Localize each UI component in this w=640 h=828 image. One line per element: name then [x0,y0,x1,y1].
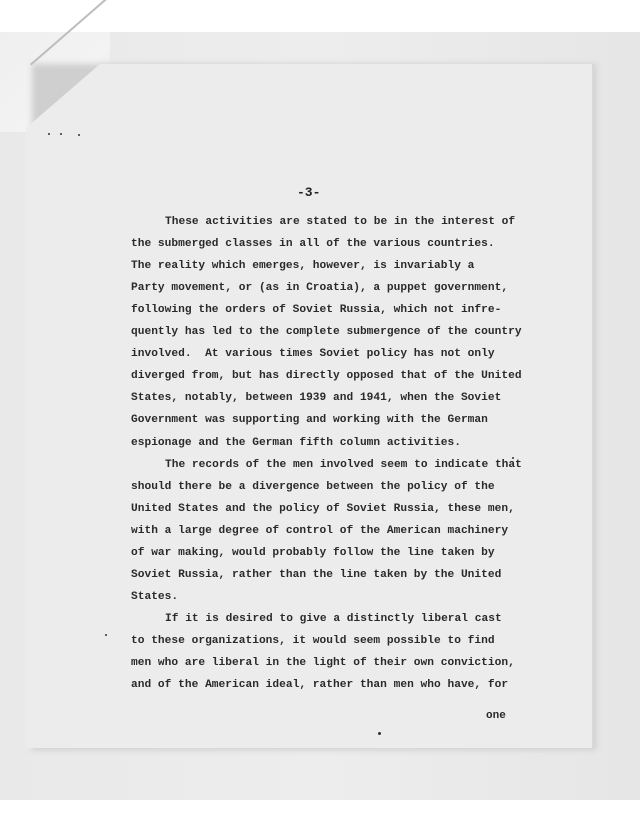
text-line: diverged from, but has directly opposed … [131,370,522,382]
text-line: with a large degree of control of the Am… [131,525,508,537]
text-line: of war making, would probably follow the… [131,547,495,559]
text-line: following the orders of Soviet Russia, w… [131,304,501,316]
text-line: the submerged classes in all of the vari… [131,238,495,250]
ink-speck [512,457,514,459]
catchword: one [486,710,506,722]
text-line: Government was supporting and working wi… [131,414,488,426]
text-line: should there be a divergence between the… [131,481,495,493]
text-line: involved. At various times Soviet policy… [131,348,495,360]
text-line: Soviet Russia, rather than the line take… [131,569,501,581]
page-number: -3- [297,185,320,200]
text-line: If it is desired to give a distinctly li… [165,613,502,625]
text-line: The records of the men involved seem to … [165,459,522,471]
text-line: men who are liberal in the light of thei… [131,657,515,669]
ink-speck [48,133,50,135]
text-line: quently has led to the complete submerge… [131,326,522,338]
text-line: espionage and the German fifth column ac… [131,437,461,449]
text-line: Party movement, or (as in Croatia), a pu… [131,282,508,294]
text-line: and of the American ideal, rather than m… [131,679,508,691]
ink-speck [105,634,107,636]
text-line: to these organizations, it would seem po… [131,635,495,647]
ink-speck [378,732,381,735]
text-line: United States and the policy of Soviet R… [131,503,515,515]
ink-speck [78,134,80,136]
text-line: States, notably, between 1939 and 1941, … [131,392,501,404]
text-line: The reality which emerges, however, is i… [131,260,474,272]
text-line: States. [131,591,178,603]
ink-speck [60,133,62,135]
text-line: These activities are stated to be in the… [165,216,515,228]
